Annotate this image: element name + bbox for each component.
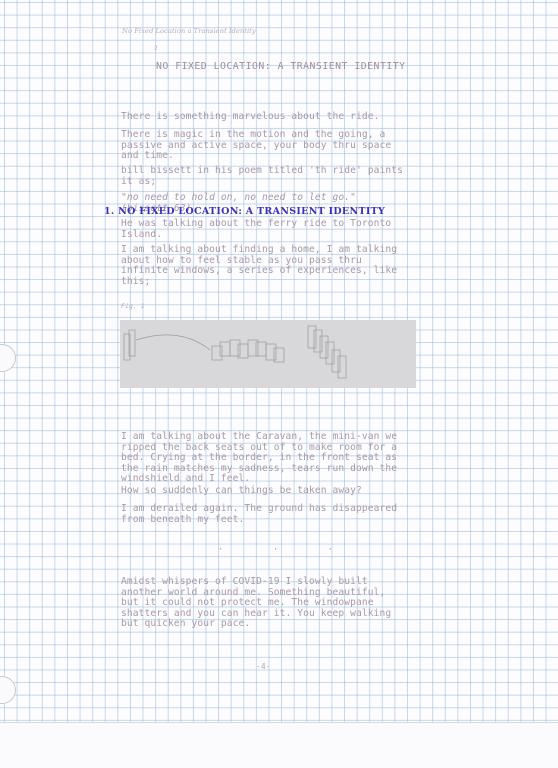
running-header: No Fixed Location a Transient Identity <box>122 27 256 35</box>
figure-sketch <box>120 320 416 388</box>
paragraph: I am talking about finding a home, I am … <box>121 245 397 287</box>
paragraph: There is something marvelous about the r… <box>121 112 380 123</box>
page-number: -4- <box>256 662 270 671</box>
section-break: · · · <box>218 545 355 555</box>
paragraph: There is magic in the motion and the goi… <box>121 130 391 162</box>
paragraph: Amidst whispers of COVID-19 I slowly bui… <box>121 577 391 630</box>
paragraph: I am talking about the Caravan, the mini… <box>121 432 397 485</box>
paragraph: He was talking about the ferry ride to T… <box>121 219 391 240</box>
paragraph: I am derailed again. The ground has disa… <box>121 504 397 525</box>
page-title: NO FIXED LOCATION: A TRANSIENT IDENTITY <box>156 61 406 72</box>
page-bottom-edge <box>0 722 558 723</box>
paragraph: How so suddenly can things be taken away… <box>121 486 362 497</box>
window-sketch-icon <box>120 320 416 388</box>
overlay-heading: 1. NO FIXED LOCATION: A TRANSIENT IDENTI… <box>104 206 385 217</box>
figure-label: Fig. 1 <box>121 302 144 310</box>
paragraph: bill bissett in his poem titled 'th ride… <box>121 166 403 187</box>
header-mark: 2 <box>154 45 158 52</box>
